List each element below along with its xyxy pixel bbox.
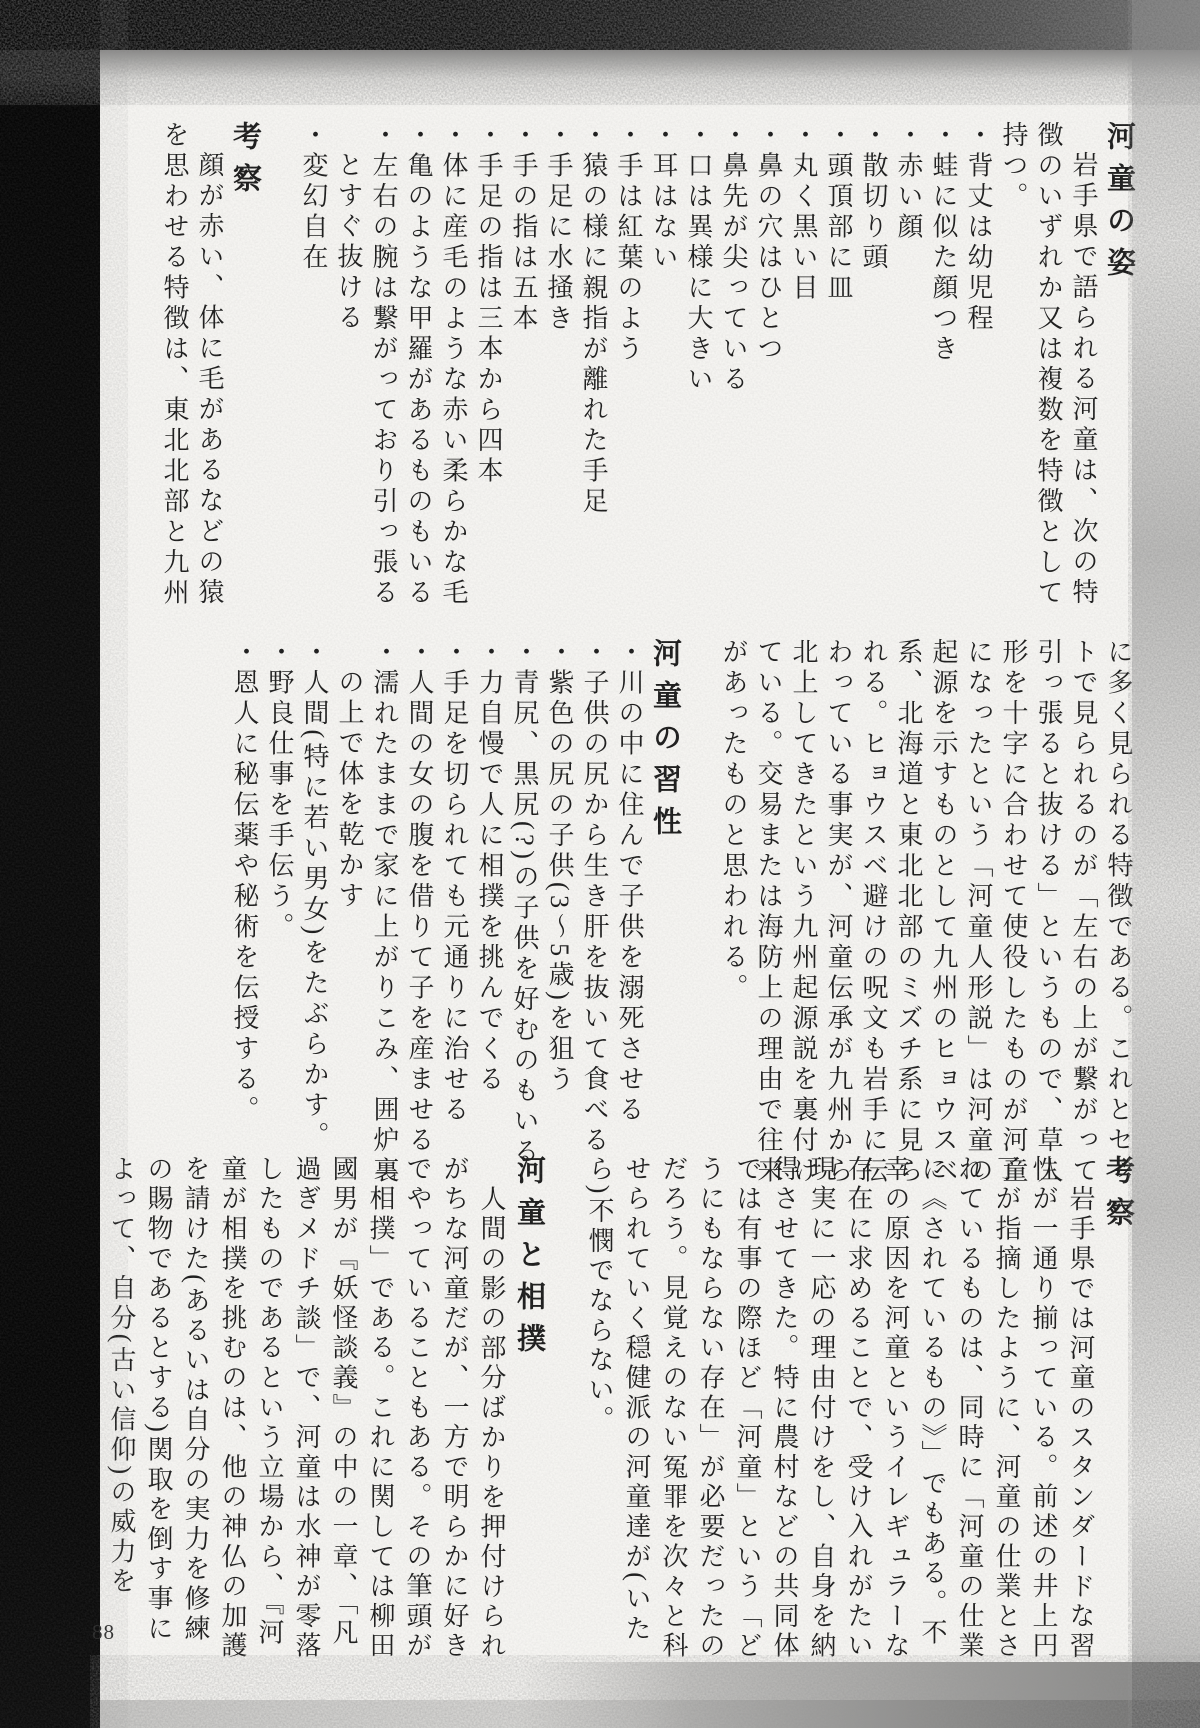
list-item: ・手の指は五本: [506, 121, 541, 613]
list-item: ・左右の腕は繋がっており引っ張るとすぐ抜ける: [331, 121, 401, 613]
sumo-heading: 河童と相撲: [510, 1155, 547, 1663]
list-item: ・赤い顔: [891, 121, 926, 613]
list-item: ・頭頂部に皿: [821, 121, 856, 613]
list-item: ・野良仕事を手伝う。: [262, 638, 297, 1190]
left-scan-edge: [0, 0, 100, 1728]
bottom-scan-edge: [100, 1700, 1200, 1728]
habits-heading: 河童の習性: [647, 638, 682, 1190]
section-kousatsu-and-sumo: 考察 岩手県では河童のスタンダードな習性が一通り揃っている。前述の井上円了が指摘…: [103, 1155, 1136, 1663]
list-item: ・力自慢で人に相撲を挑んでくる: [472, 638, 507, 1190]
kousatsu2-paragraph: 岩手県では河童のスタンダードな習性が一通り揃っている。前述の井上円了が指摘したよ…: [581, 1155, 1099, 1663]
list-item: ・鼻先が尖っている: [716, 121, 751, 613]
list-item: ・子供の尻から生き肝を抜いて食べる: [577, 638, 612, 1190]
kousatsu1-heading: 考察: [227, 121, 262, 613]
list-item: ・散切り頭: [856, 121, 891, 613]
list-item: ・手足の指は三本から四本: [471, 121, 506, 613]
page-number: 88: [92, 1620, 115, 1645]
list-item: ・猿の様に親指が離れた手足: [576, 121, 611, 613]
kousatsu2-heading: 考察: [1099, 1155, 1136, 1663]
list-item: ・紫色の尻の子供(3〜5歳)を狙う: [542, 638, 577, 1190]
appearance-list: ・背丈は幼児程・蛙に似た顔つき・赤い顔・散切り頭・頭頂部に皿・丸く黒い目・鼻の穴…: [296, 121, 996, 613]
list-item: ・体に産毛のような赤い柔らかな毛: [436, 121, 471, 613]
top-scan-edge: [0, 0, 1200, 50]
appearance-intro: 岩手県で語られる河童は、次の特徴のいずれか又は複数を特徴として持つ。: [996, 121, 1101, 613]
scan-page: 河童の姿 岩手県で語られる河童は、次の特徴のいずれか又は複数を特徴として持つ。 …: [0, 0, 1200, 1728]
list-item: ・人間の女の腹を借りて子を産ませる: [402, 638, 437, 1190]
list-item: ・耳はない: [646, 121, 681, 613]
list-item: ・青尻、黒尻(?)の子供を好むのもいる: [507, 638, 542, 1190]
top-scan-fade: [0, 50, 1200, 108]
list-item: ・背丈は幼児程: [961, 121, 996, 613]
list-item: ・蛙に似た顔つき: [926, 121, 961, 613]
list-item: ・手は紅葉のよう: [611, 121, 646, 613]
kousatsu1-paragraph-continued: に多く見られる特徴である。これとセットで見られるのが「左右の上が繋がって引っ張る…: [716, 638, 1136, 1190]
section-kappa-habits: に多く見られる特徴である。これとセットで見られるのが「左右の上が繋がって引っ張る…: [227, 638, 1136, 1190]
section-kappa-appearance: 河童の姿 岩手県で語られる河童は、次の特徴のいずれか又は複数を特徴として持つ。 …: [157, 121, 1136, 613]
list-item: ・亀のような甲羅があるものもいる: [401, 121, 436, 613]
habits-list: ・川の中に住んで子供を溺死させる・子供の尻から生き肝を抜いて食べる・紫色の尻の子…: [227, 638, 647, 1190]
list-item: ・丸く黒い目: [786, 121, 821, 613]
list-item: ・人間(特に若い男女)をたぶらかす。: [297, 638, 332, 1190]
list-item: ・川の中に住んで子供を溺死させる: [612, 638, 647, 1190]
right-scan-edge: [1132, 0, 1200, 1728]
list-item: ・手足を切られても元通りに治せる: [437, 638, 472, 1190]
sumo-paragraph: 人間の影の部分ばかりを押付けられがちな河童だが、一方で明らかに好きでやっているこ…: [103, 1155, 510, 1663]
kousatsu1-paragraph-start: 顔が赤い、体に毛があるなどの猿を思わせる特徴は、東北北部と九州: [157, 121, 227, 613]
list-item: ・口は異様に大きい: [681, 121, 716, 613]
appearance-heading: 河童の姿: [1101, 121, 1136, 613]
list-item: ・恩人に秘伝薬や秘術を伝授する。: [227, 638, 262, 1190]
list-item: ・変幻自在: [296, 121, 331, 613]
list-item: ・手足に水掻き: [541, 121, 576, 613]
list-item: ・濡れたままで家に上がりこみ、囲炉裏の上で体を乾かす: [332, 638, 402, 1190]
list-item: ・鼻の穴はひとつ: [751, 121, 786, 613]
